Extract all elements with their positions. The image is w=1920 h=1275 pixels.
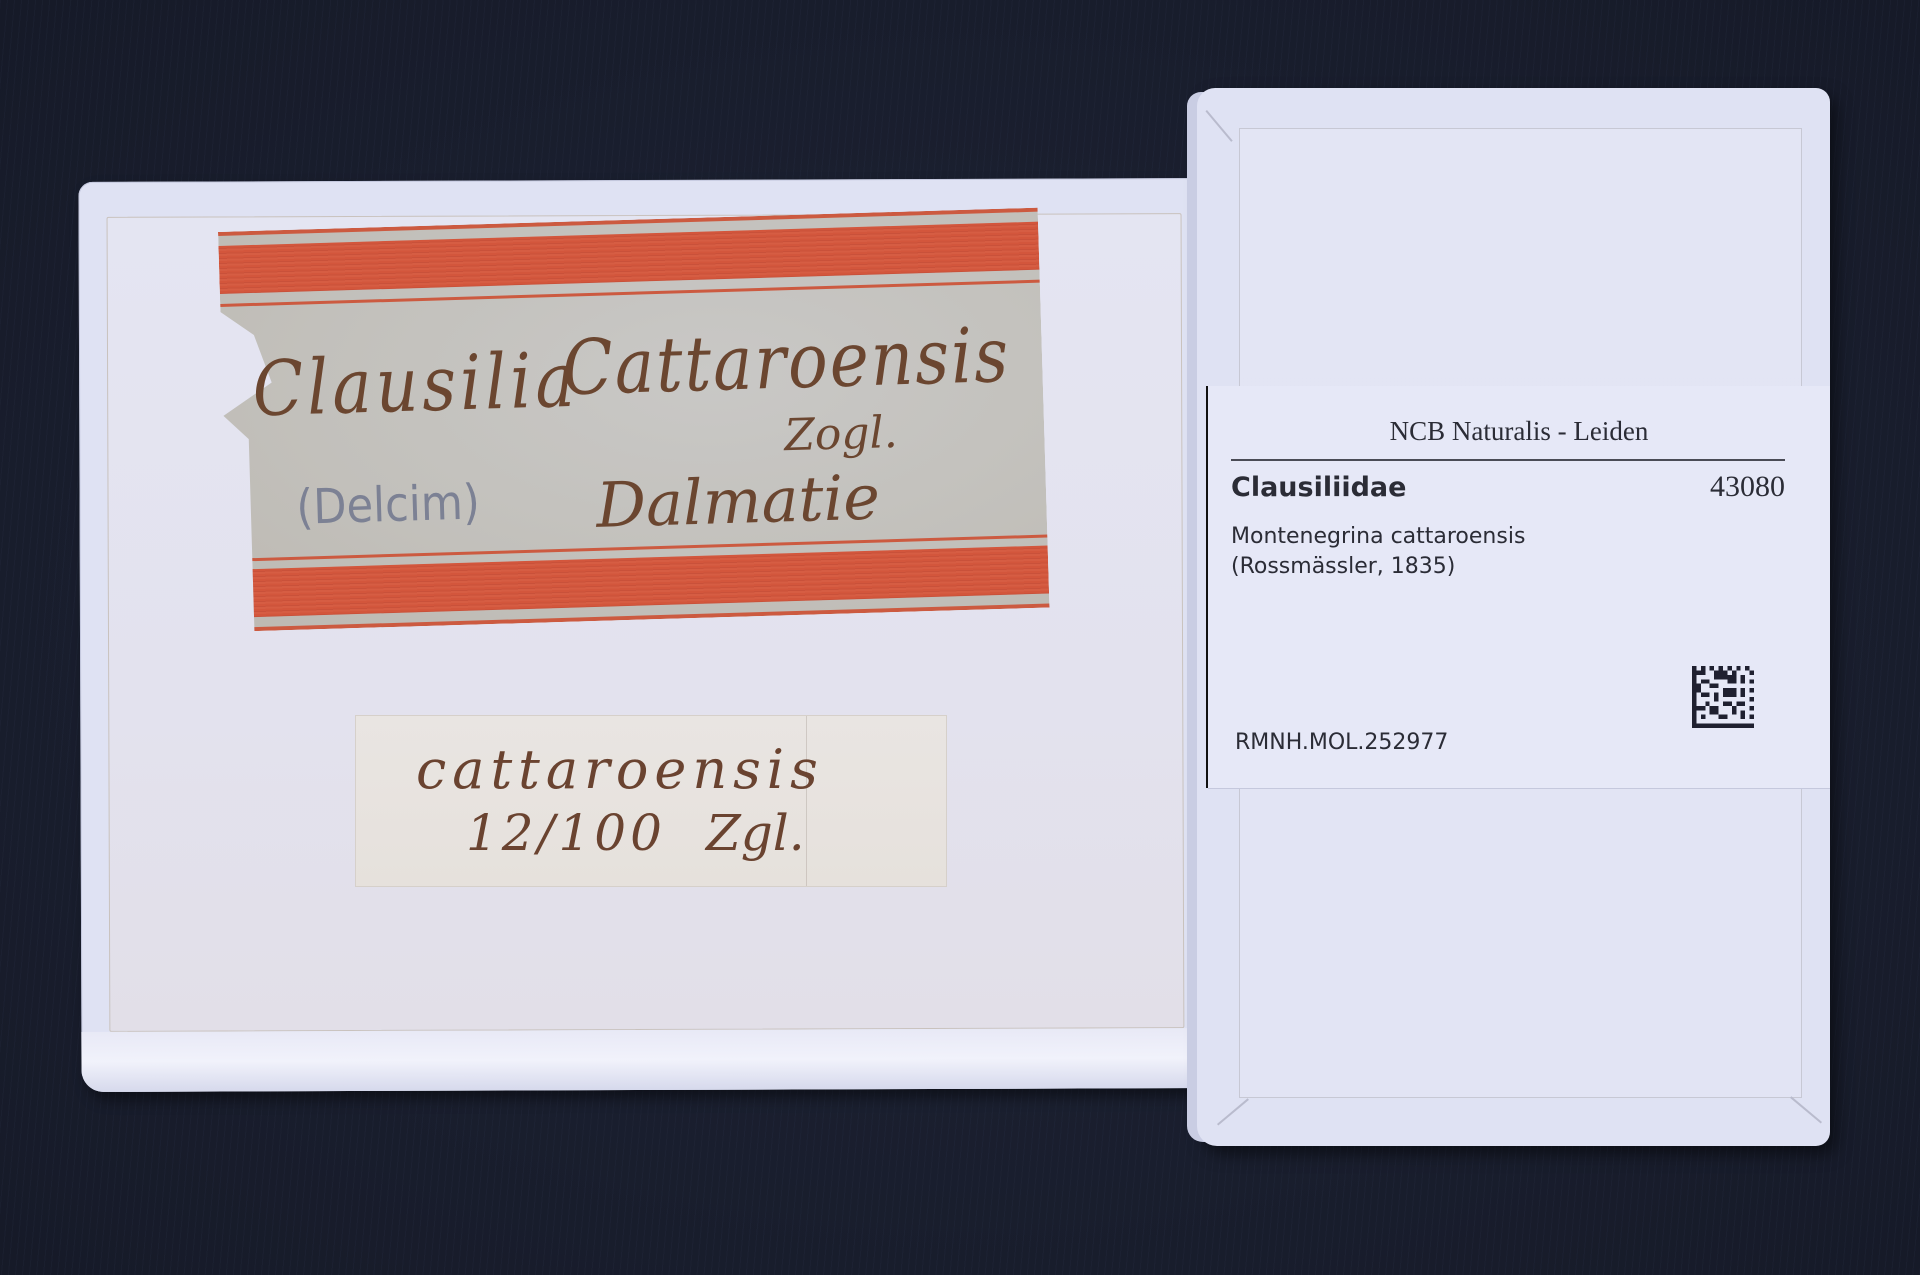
pencil-annotation: (Delcim) [296, 474, 481, 535]
handwritten-species: Cattaroensis [561, 311, 1011, 413]
handwritten-author-abbrev: Zgl. [706, 804, 805, 862]
species-authority: (Rossmässler, 1835) [1231, 552, 1525, 582]
handwritten-locality: Dalmatie [595, 460, 881, 541]
box-edge [81, 1028, 1214, 1092]
datamatrix-icon [1692, 666, 1754, 728]
family-name: Clausiliidae [1231, 472, 1406, 503]
institution-name: NCB Naturalis - Leiden [1208, 416, 1830, 447]
handwritten-species-name: cattaroensis [416, 738, 824, 801]
collection-label: NCB Naturalis - Leiden Clausiliidae 4308… [1208, 386, 1830, 788]
handwritten-genus: Clausilia [251, 336, 579, 434]
species-name: Montenegrina cattaroensis [1231, 522, 1525, 552]
divider [1231, 459, 1785, 461]
small-handwritten-label: cattaroensis 12/100 Zgl. [356, 716, 946, 886]
handwritten-count: 12/100 [466, 804, 666, 862]
historic-label: Clausilia Cattaroensis Zogl. Dalmatie (D… [218, 208, 1050, 632]
registration-number: RMNH.MOL.252977 [1235, 730, 1448, 755]
handwritten-author: Zogl. [784, 407, 899, 461]
scientific-name: Montenegrina cattaroensis (Rossmässler, … [1231, 522, 1525, 582]
catalog-number: 43080 [1710, 470, 1785, 504]
